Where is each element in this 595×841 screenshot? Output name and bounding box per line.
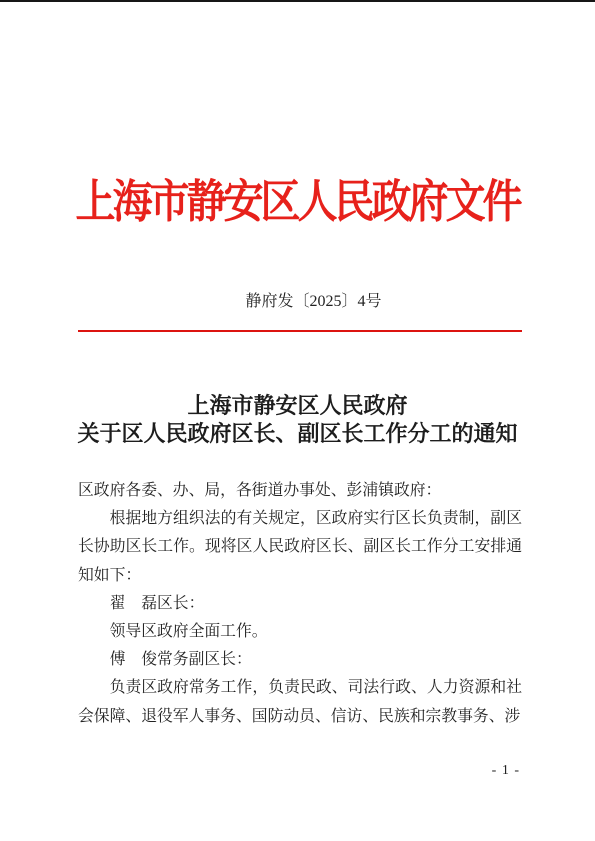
document-title: 上海市静安区人民政府 关于区人民政府区长、副区长工作分工的通知 bbox=[0, 392, 595, 447]
document-number: 静府发〔2025〕4号 bbox=[0, 288, 595, 311]
letterhead-title: 上海市静安区人民政府文件 bbox=[0, 166, 595, 230]
document-title-line1: 上海市静安区人民政府 bbox=[0, 392, 595, 420]
document-page: 上海市静安区人民政府文件 静府发〔2025〕4号 上海市静安区人民政府 关于区人… bbox=[0, 0, 595, 841]
salutation: 区政府各委、办、局，各街道办事处、彭浦镇政府： bbox=[78, 477, 522, 505]
body-paragraph: 翟 磊区长： bbox=[78, 590, 522, 618]
body-paragraph: 傅 俊常务副区长： bbox=[78, 646, 522, 674]
page-number: - 1 - bbox=[492, 763, 520, 779]
document-title-line2: 关于区人民政府区长、副区长工作分工的通知 bbox=[0, 420, 595, 448]
body-paragraph: 负责区政府常务工作，负责民政、司法行政、人力资源和社会保障、退役军人事务、国防动… bbox=[78, 674, 522, 730]
body-paragraph: 领导区政府全面工作。 bbox=[78, 618, 522, 646]
body-paragraph: 根据地方组织法的有关规定，区政府实行区长负责制，副区长协助区长工作。现将区人民政… bbox=[78, 505, 522, 590]
document-body: 区政府各委、办、局，各街道办事处、彭浦镇政府： 根据地方组织法的有关规定，区政府… bbox=[78, 477, 522, 731]
top-edge-bar bbox=[0, 0, 595, 2]
red-divider-rule bbox=[78, 330, 522, 332]
